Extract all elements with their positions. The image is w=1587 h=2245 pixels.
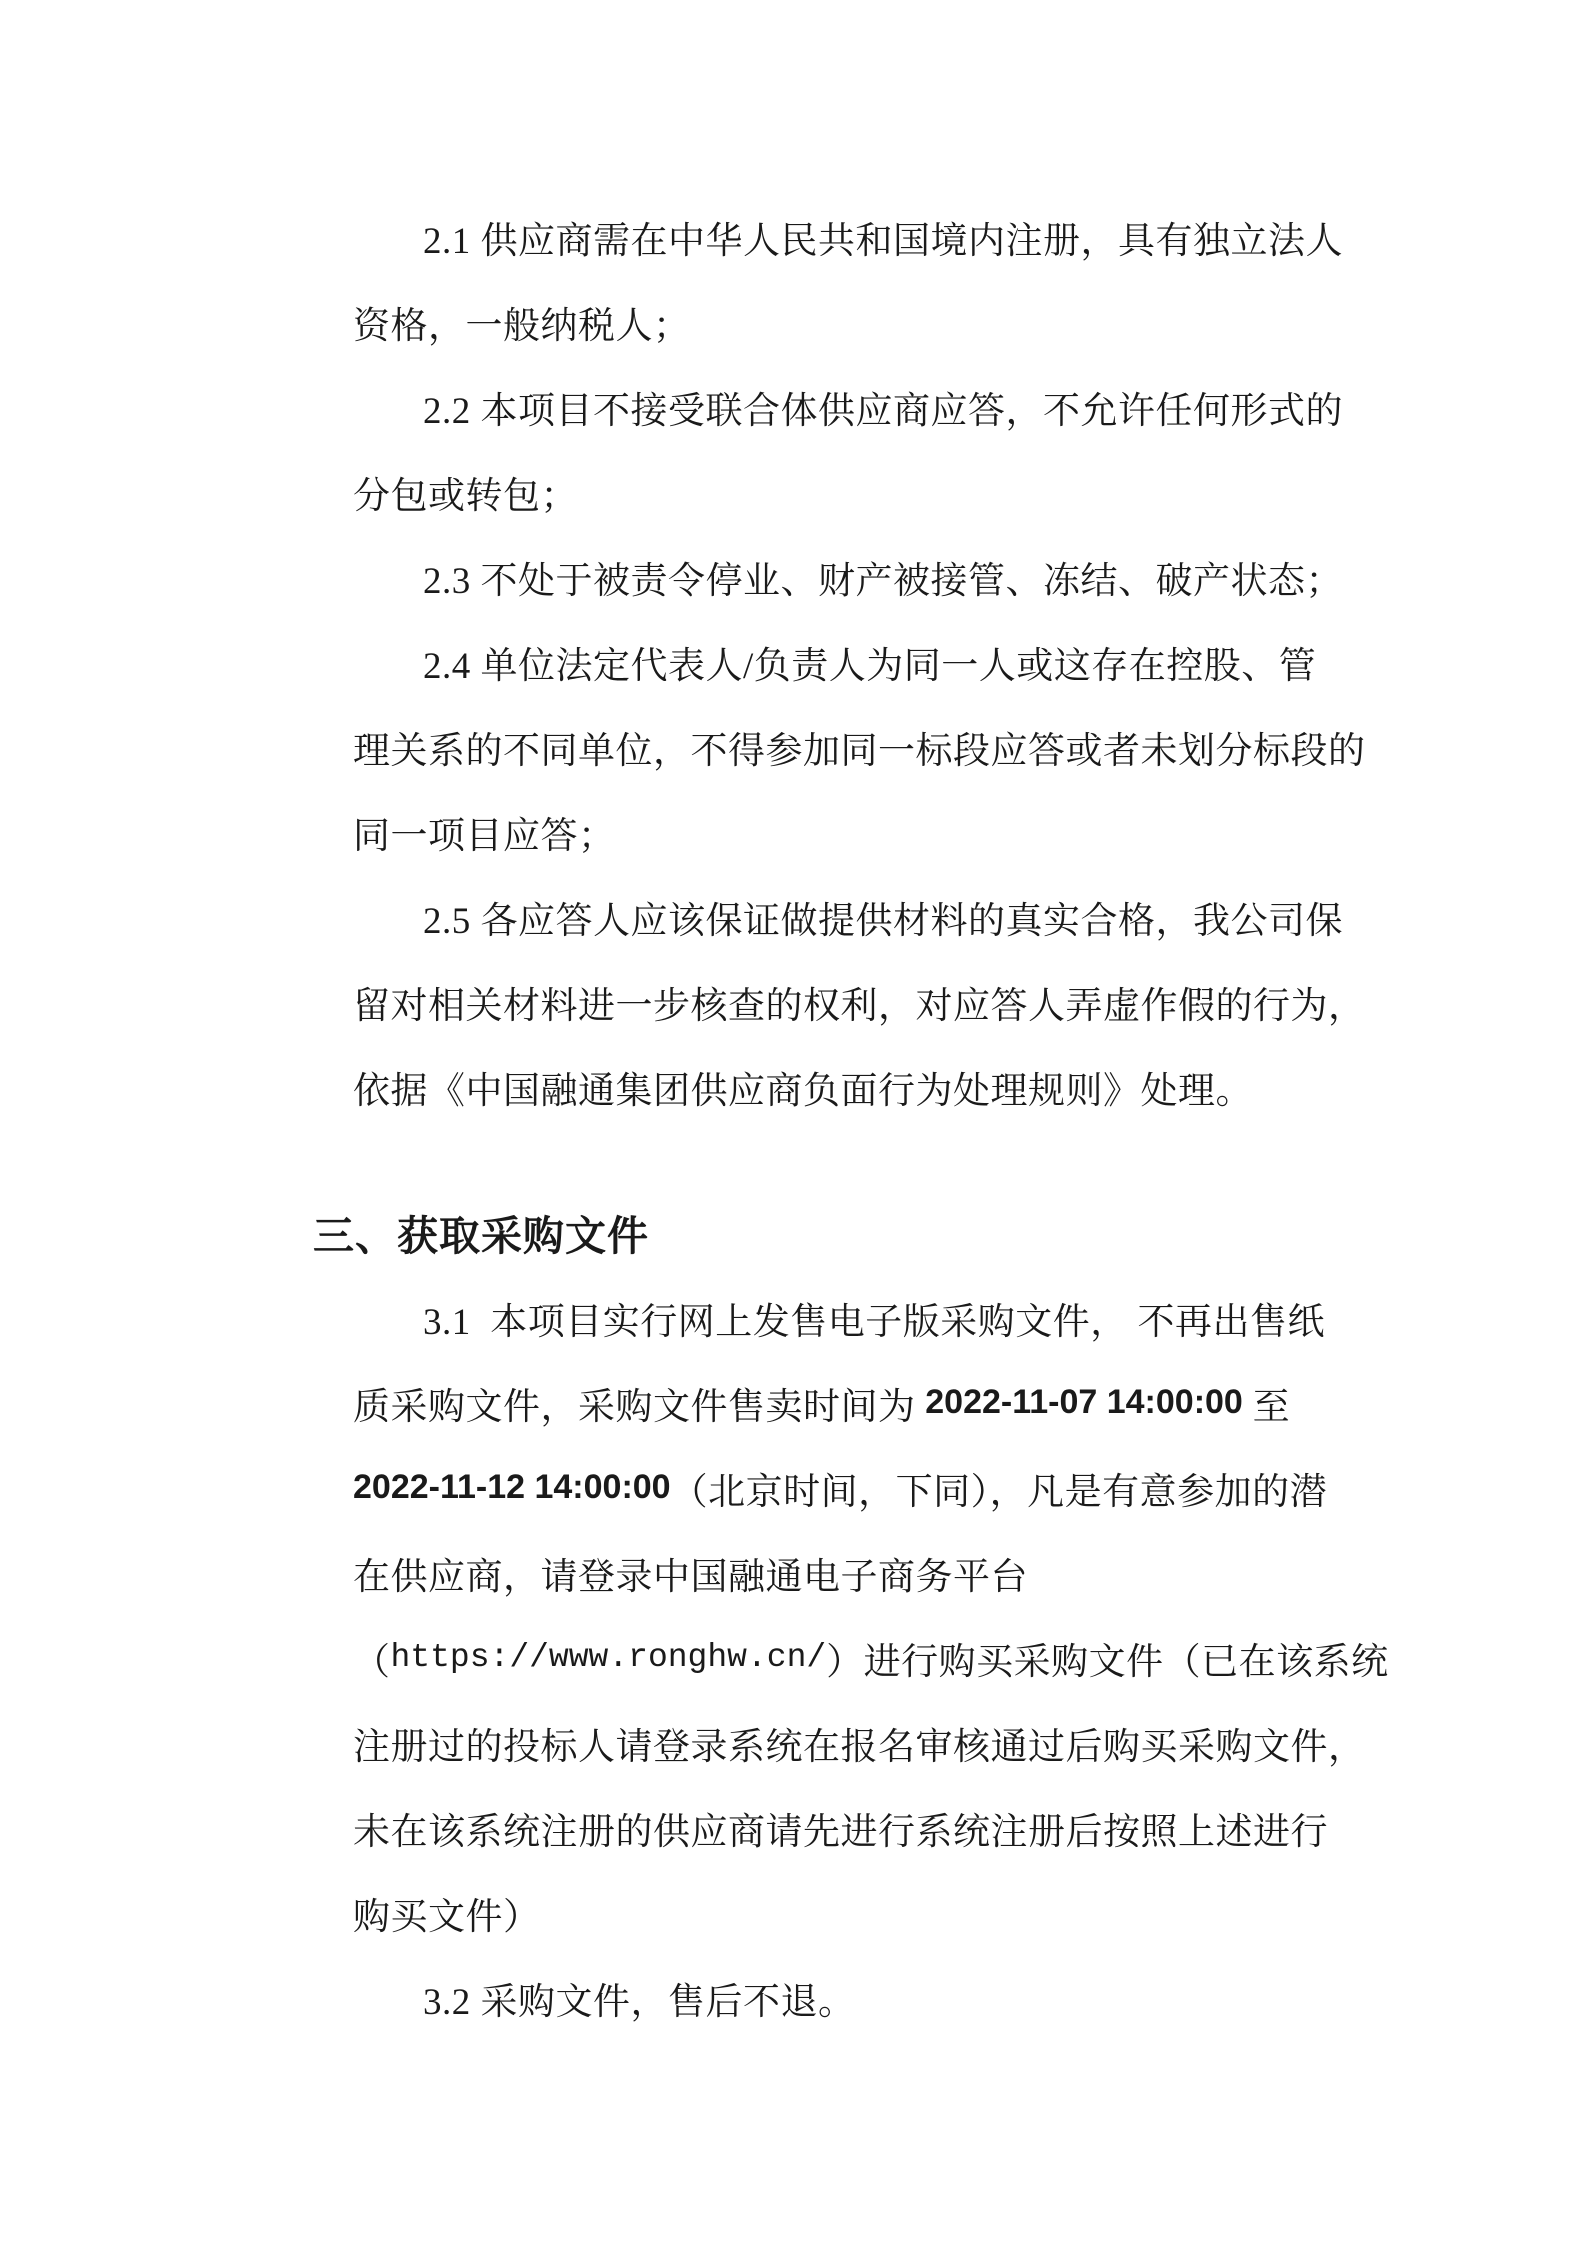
platform-url-text: https://www.ronghw.cn/ bbox=[391, 1639, 827, 1676]
sale-end-datetime: 2022-11-12 14:00:00 bbox=[353, 1468, 671, 1507]
clause-3-1-line-8: 购买文件） bbox=[353, 1870, 1547, 1955]
text-run: 在供应商，请登录中国融通电子商务平台 bbox=[353, 1546, 1028, 1600]
text-run: ）进行购买采购文件（已在该系统 bbox=[826, 1631, 1389, 1685]
clause-2-5-line-1: 2.5 各应答人应该保证做提供材料的真实合格，我公司保 bbox=[353, 874, 1547, 959]
clause-2-4-line-3: 同一项目应答； bbox=[353, 789, 1547, 874]
text-run: 2.5 各应答人应该保证做提供材料的真实合格，我公司保 bbox=[423, 890, 1343, 944]
text-run: 2.1 供应商需在中华人民共和国境内注册，具有独立法人 bbox=[423, 210, 1343, 264]
text-run: 至 bbox=[1243, 1376, 1290, 1430]
clause-3-2-line-1: 3.2 采购文件，售后不退。 bbox=[353, 1955, 1547, 2040]
clause-3-1-line-5: （https://www.ronghw.cn/）进行购买采购文件（已在该系统 bbox=[353, 1615, 1547, 1700]
clause-2-4-line-2: 理关系的不同单位，不得参加同一标段应答或者未划分标段的 bbox=[353, 704, 1547, 789]
section-gap bbox=[0, 1129, 1587, 1189]
clause-2-1-line-2: 资格，一般纳税人； bbox=[353, 279, 1547, 364]
clause-3-1-line-2: 质采购文件，采购文件售卖时间为 2022-11-07 14:00:00 至 bbox=[353, 1360, 1547, 1445]
document-body: 2.1 供应商需在中华人民共和国境内注册，具有独立法人资格，一般纳税人；2.2 … bbox=[0, 0, 1587, 2040]
clause-2-5-line-2: 留对相关材料进一步核查的权利，对应答人弄虚作假的行为， bbox=[353, 959, 1547, 1044]
text-run: （ bbox=[353, 1631, 391, 1685]
clause-3-1-line-3: 2022-11-12 14:00:00（北京时间，下同），凡是有意参加的潜 bbox=[353, 1445, 1547, 1530]
text-run: 2.4 单位法定代表人/负责人为同一人或这存在控股、管 bbox=[423, 635, 1316, 689]
clause-2-2-line-1: 2.2 本项目不接受联合体供应商应答，不允许任何形式的 bbox=[353, 364, 1547, 449]
clause-3-1-line-1: 3.1 本项目实行网上发售电子版采购文件， 不再出售纸 bbox=[353, 1275, 1547, 1360]
clause-2-1-line-1: 2.1 供应商需在中华人民共和国境内注册，具有独立法人 bbox=[353, 194, 1547, 279]
text-run: 资格，一般纳税人； bbox=[353, 295, 691, 349]
text-run: 留对相关材料进一步核查的权利，对应答人弄虚作假的行为， bbox=[353, 975, 1366, 1029]
text-run: （北京时间，下同），凡是有意参加的潜 bbox=[671, 1461, 1328, 1515]
text-run: 2.3 不处于被责令停业、财产被接管、冻结、破产状态； bbox=[423, 550, 1343, 604]
section-heading-text: 三、获取采购文件 bbox=[313, 1203, 649, 1262]
text-run: 购买文件） bbox=[353, 1886, 541, 1940]
text-run: 未在该系统注册的供应商请先进行系统注册后按照上述进行 bbox=[353, 1801, 1328, 1855]
clause-2-5-line-3: 依据《中国融通集团供应商负面行为处理规则》处理。 bbox=[353, 1044, 1547, 1129]
clause-3-1-line-6: 注册过的投标人请登录系统在报名审核通过后购买采购文件， bbox=[353, 1700, 1547, 1785]
text-run: 3.1 本项目实行网上发售电子版采购文件， 不再出售纸 bbox=[423, 1291, 1325, 1345]
section-heading: 三、获取采购文件 bbox=[313, 1189, 1547, 1275]
clause-2-3-line-1: 2.3 不处于被责令停业、财产被接管、冻结、破产状态； bbox=[353, 534, 1547, 619]
text-run: 3.2 采购文件，售后不退。 bbox=[423, 1971, 856, 2025]
text-run: 分包或转包； bbox=[353, 465, 578, 519]
clause-3-1-line-4: 在供应商，请登录中国融通电子商务平台 bbox=[353, 1530, 1547, 1615]
document-page: 2.1 供应商需在中华人民共和国境内注册，具有独立法人资格，一般纳税人；2.2 … bbox=[0, 0, 1587, 2245]
clause-3-1-line-7: 未在该系统注册的供应商请先进行系统注册后按照上述进行 bbox=[353, 1785, 1547, 1870]
clause-2-2-line-2: 分包或转包； bbox=[353, 449, 1547, 534]
text-run: 质采购文件，采购文件售卖时间为 bbox=[353, 1376, 925, 1430]
clause-2-4-line-1: 2.4 单位法定代表人/负责人为同一人或这存在控股、管 bbox=[353, 619, 1547, 704]
sale-start-datetime: 2022-11-07 14:00:00 bbox=[925, 1383, 1243, 1422]
text-run: 注册过的投标人请登录系统在报名审核通过后购买采购文件， bbox=[353, 1716, 1366, 1770]
text-run: 理关系的不同单位，不得参加同一标段应答或者未划分标段的 bbox=[353, 720, 1366, 774]
text-run: 同一项目应答； bbox=[353, 805, 616, 859]
text-run: 2.2 本项目不接受联合体供应商应答，不允许任何形式的 bbox=[423, 380, 1343, 434]
text-run: 依据《中国融通集团供应商负面行为处理规则》处理。 bbox=[353, 1060, 1253, 1114]
